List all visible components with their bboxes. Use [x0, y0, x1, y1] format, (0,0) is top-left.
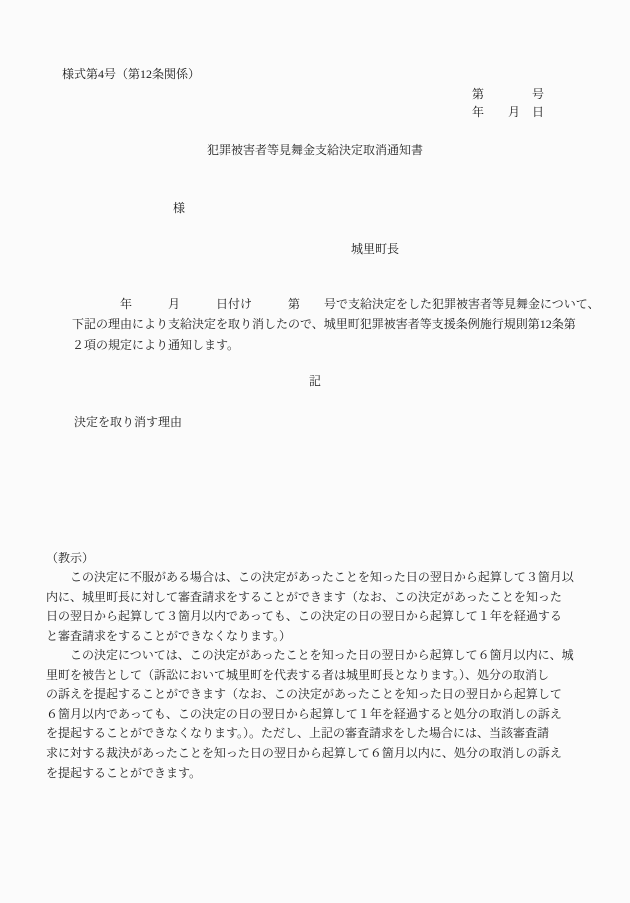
form-number: 様式第4号（第12条関係）: [62, 65, 200, 82]
document-title: 犯罪被害者等見舞金支給決定取消通知書: [0, 141, 630, 158]
body-paragraph: 年 月 日付け 第 号で支給決定をした犯罪被害者等見舞金について、 下記の理由に…: [72, 294, 612, 355]
date-line: 年 月 日: [472, 103, 544, 120]
doc-number-line: 第 号: [472, 85, 544, 102]
document-page: 様式第4号（第12条関係） 第 号 年 月 日 犯罪被害者等見舞金支給決定取消通…: [0, 0, 630, 903]
kyoji-paragraph-1: この決定に不服がある場合は、この決定があったことを知った日の翌日から起算して３箇…: [46, 568, 598, 646]
reason-heading: 決定を取り消す理由: [74, 413, 182, 430]
record-marker: 記: [0, 372, 630, 389]
addressee-suffix: 様: [173, 199, 185, 216]
sender-name: 城里町長: [351, 240, 399, 257]
kyoji-paragraph-2: この決定については、この決定があったことを知った日の翌日から起算して６箇月以内に…: [46, 646, 598, 783]
kyoji-heading: （教示）: [46, 549, 598, 569]
